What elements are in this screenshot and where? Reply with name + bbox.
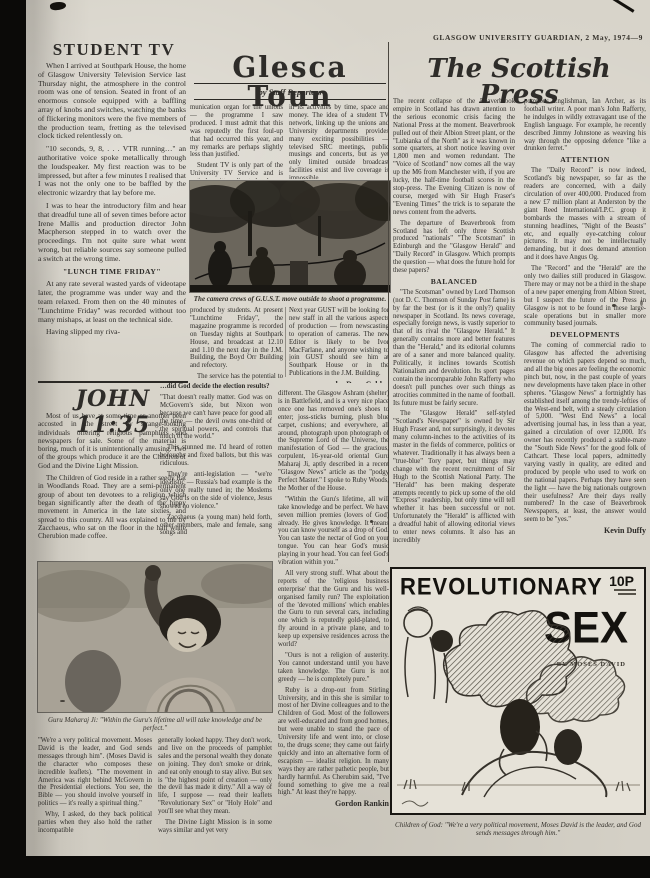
article-paragraph: "10 seconds, 9, 8, . . . VTR running…" a… — [38, 145, 186, 198]
article-paragraph: The coming of commercial radio to Glasgo… — [524, 342, 646, 524]
guru-photo — [38, 562, 272, 712]
glesca-toun-masthead: Glesca Toun — [190, 53, 390, 112]
article-paragraph: Ruby is a drop-out from Stirling Univers… — [278, 687, 389, 798]
article-paragraph: munication organ for the unions — the pr… — [190, 104, 283, 159]
glesca-col3-bottom: Next year GUST will be looking for new s… — [289, 307, 389, 383]
article-paragraph: The recent collapse of the Beaverbrook e… — [393, 98, 515, 217]
article-paragraph: The service has the potential to be a re… — [190, 373, 283, 380]
article-paragraph: "That doesn't really matter. God was on … — [160, 394, 272, 441]
article-paragraph: generally looked happy. They don't work,… — [158, 737, 272, 816]
john-bottom-col1: "We're a very political movement. Moses … — [38, 737, 152, 857]
article-paragraph: All very strong stuff. What about the re… — [278, 570, 389, 649]
guru-photo-image — [38, 562, 272, 712]
article-paragraph: Next year GUST will be looking for new s… — [289, 307, 389, 378]
ad-caption: Children of God: "We're a very political… — [392, 821, 644, 837]
student-tv-headline: STUDENT TV — [40, 41, 188, 58]
article-paragraph: Why, I asked, do they back political par… — [38, 811, 152, 835]
article-paragraph: This stunned me. I'd heard of rotten bor… — [160, 444, 272, 468]
crosshead-balanced: BALANCED — [393, 278, 515, 286]
scottish-press-col2: pompous Englishman, Ian Archer, as its f… — [524, 98, 646, 562]
john-col2-upper: …did God decide the election results? "T… — [160, 383, 272, 560]
kevin-duffy-byline: Kevin Duffy — [524, 527, 646, 535]
masthead-rule — [194, 99, 386, 100]
john-col3: different. The Glasgow Ashram (shelter) … — [278, 390, 389, 856]
article-paragraph: The departure of Beaverbrook from Scotla… — [393, 220, 515, 275]
guru-photo-caption: Guru Maharaj Ji: "Within the Guru's life… — [38, 716, 272, 732]
glesca-col3-top: in its activities by time, space and mon… — [289, 104, 389, 179]
article-paragraph: The Divine Light Mission is in some ways… — [158, 819, 272, 835]
revolutionary-sex-advert: REVOLUTIONARY 10P SEX BY MOSES DAVID — [390, 567, 646, 815]
article-paragraph: "Within the Guru's lifetime, all will ta… — [278, 496, 389, 567]
dave-calder-byline: by Dave Calder — [289, 381, 389, 383]
glesca-col2-bottom: produced by students. At present "Luncht… — [190, 307, 283, 380]
scan-speck — [60, 700, 65, 702]
article-paragraph: Student TV is only part of the Universit… — [190, 162, 283, 179]
glesca-byline: by Staff Reporters — [190, 87, 390, 97]
scottish-press-col1: The recent collapse of the Beaverbrook e… — [393, 98, 515, 560]
ad-illustration — [392, 599, 644, 813]
article-paragraph: in its activities by time, space and mon… — [289, 104, 389, 179]
john-bottom-col2: generally looked happy. They don't work,… — [158, 737, 272, 857]
gordon-rankin-byline: Gordon Rankin — [278, 800, 389, 808]
running-head: GLASGOW UNIVERSITY GUARDIAN, 2 May, 1974… — [300, 33, 643, 42]
article-paragraph: "Ours is not a religion of austerity. Yo… — [278, 652, 389, 684]
scan-edge-left — [0, 0, 26, 878]
article-paragraph: The "Daily Record" is now indeed, Scotla… — [524, 167, 646, 262]
gust-photo-image — [190, 181, 390, 292]
newspaper-scan-page: GLASGOW UNIVERSITY GUARDIAN, 2 May, 1974… — [0, 0, 650, 878]
article-paragraph: produced by students. At present "Luncht… — [190, 307, 283, 370]
crosshead-lunch-time-friday: "LUNCH TIME FRIDAY" — [38, 268, 186, 277]
masthead-rule — [194, 83, 386, 84]
column-divider — [285, 307, 286, 377]
student-tv-body: When I arrived at Southpark House, the h… — [38, 62, 186, 380]
crosshead-attention: ATTENTION — [524, 156, 646, 164]
scan-speck — [612, 304, 616, 307]
ad-price-note-line — [618, 593, 636, 595]
ad-title: REVOLUTIONARY — [400, 573, 603, 601]
gust-photo — [190, 181, 390, 292]
article-paragraph: pompous Englishman, Ian Archer, as its f… — [524, 98, 646, 153]
gust-photo-caption: The camera crews of G.U.S.T. move outsid… — [190, 295, 390, 303]
article-paragraph: The "Glasgow Herald" self-styled "Scotla… — [393, 410, 515, 544]
crosshead-developments: DEVELOPMENTS — [524, 331, 646, 339]
article-paragraph: They're anti-legislation — "we're ideali… — [160, 471, 272, 511]
ad-price: 10P — [609, 573, 634, 589]
article-paragraph: "We're a very political movement. Moses … — [38, 737, 152, 808]
article-paragraph: Zacchaeus (a young man) held forth, othe… — [160, 514, 272, 538]
article-paragraph: When I arrived at Southpark House, the h… — [38, 62, 186, 141]
ad-price-note-line — [614, 589, 636, 591]
article-paragraph: I was to hear the introductory film and … — [38, 202, 186, 264]
article-paragraph: The "Record" and the "Herald" are the on… — [524, 265, 646, 328]
scan-speck — [370, 520, 373, 523]
article-paragraph: Having slipped my riva- — [38, 328, 186, 337]
scan-speck — [640, 300, 643, 306]
article-paragraph: different. The Glasgow Ashram (shelter) … — [278, 390, 389, 493]
article-paragraph: …did God decide the election results? — [160, 383, 272, 391]
article-paragraph: At any rate several wasted yards of vide… — [38, 280, 186, 324]
article-paragraph: "The Scotsman" owned by Lord Thomson (no… — [393, 289, 515, 408]
glesca-col2-top: munication organ for the unions — the pr… — [190, 104, 283, 179]
scan-edge-bottom — [0, 856, 650, 878]
